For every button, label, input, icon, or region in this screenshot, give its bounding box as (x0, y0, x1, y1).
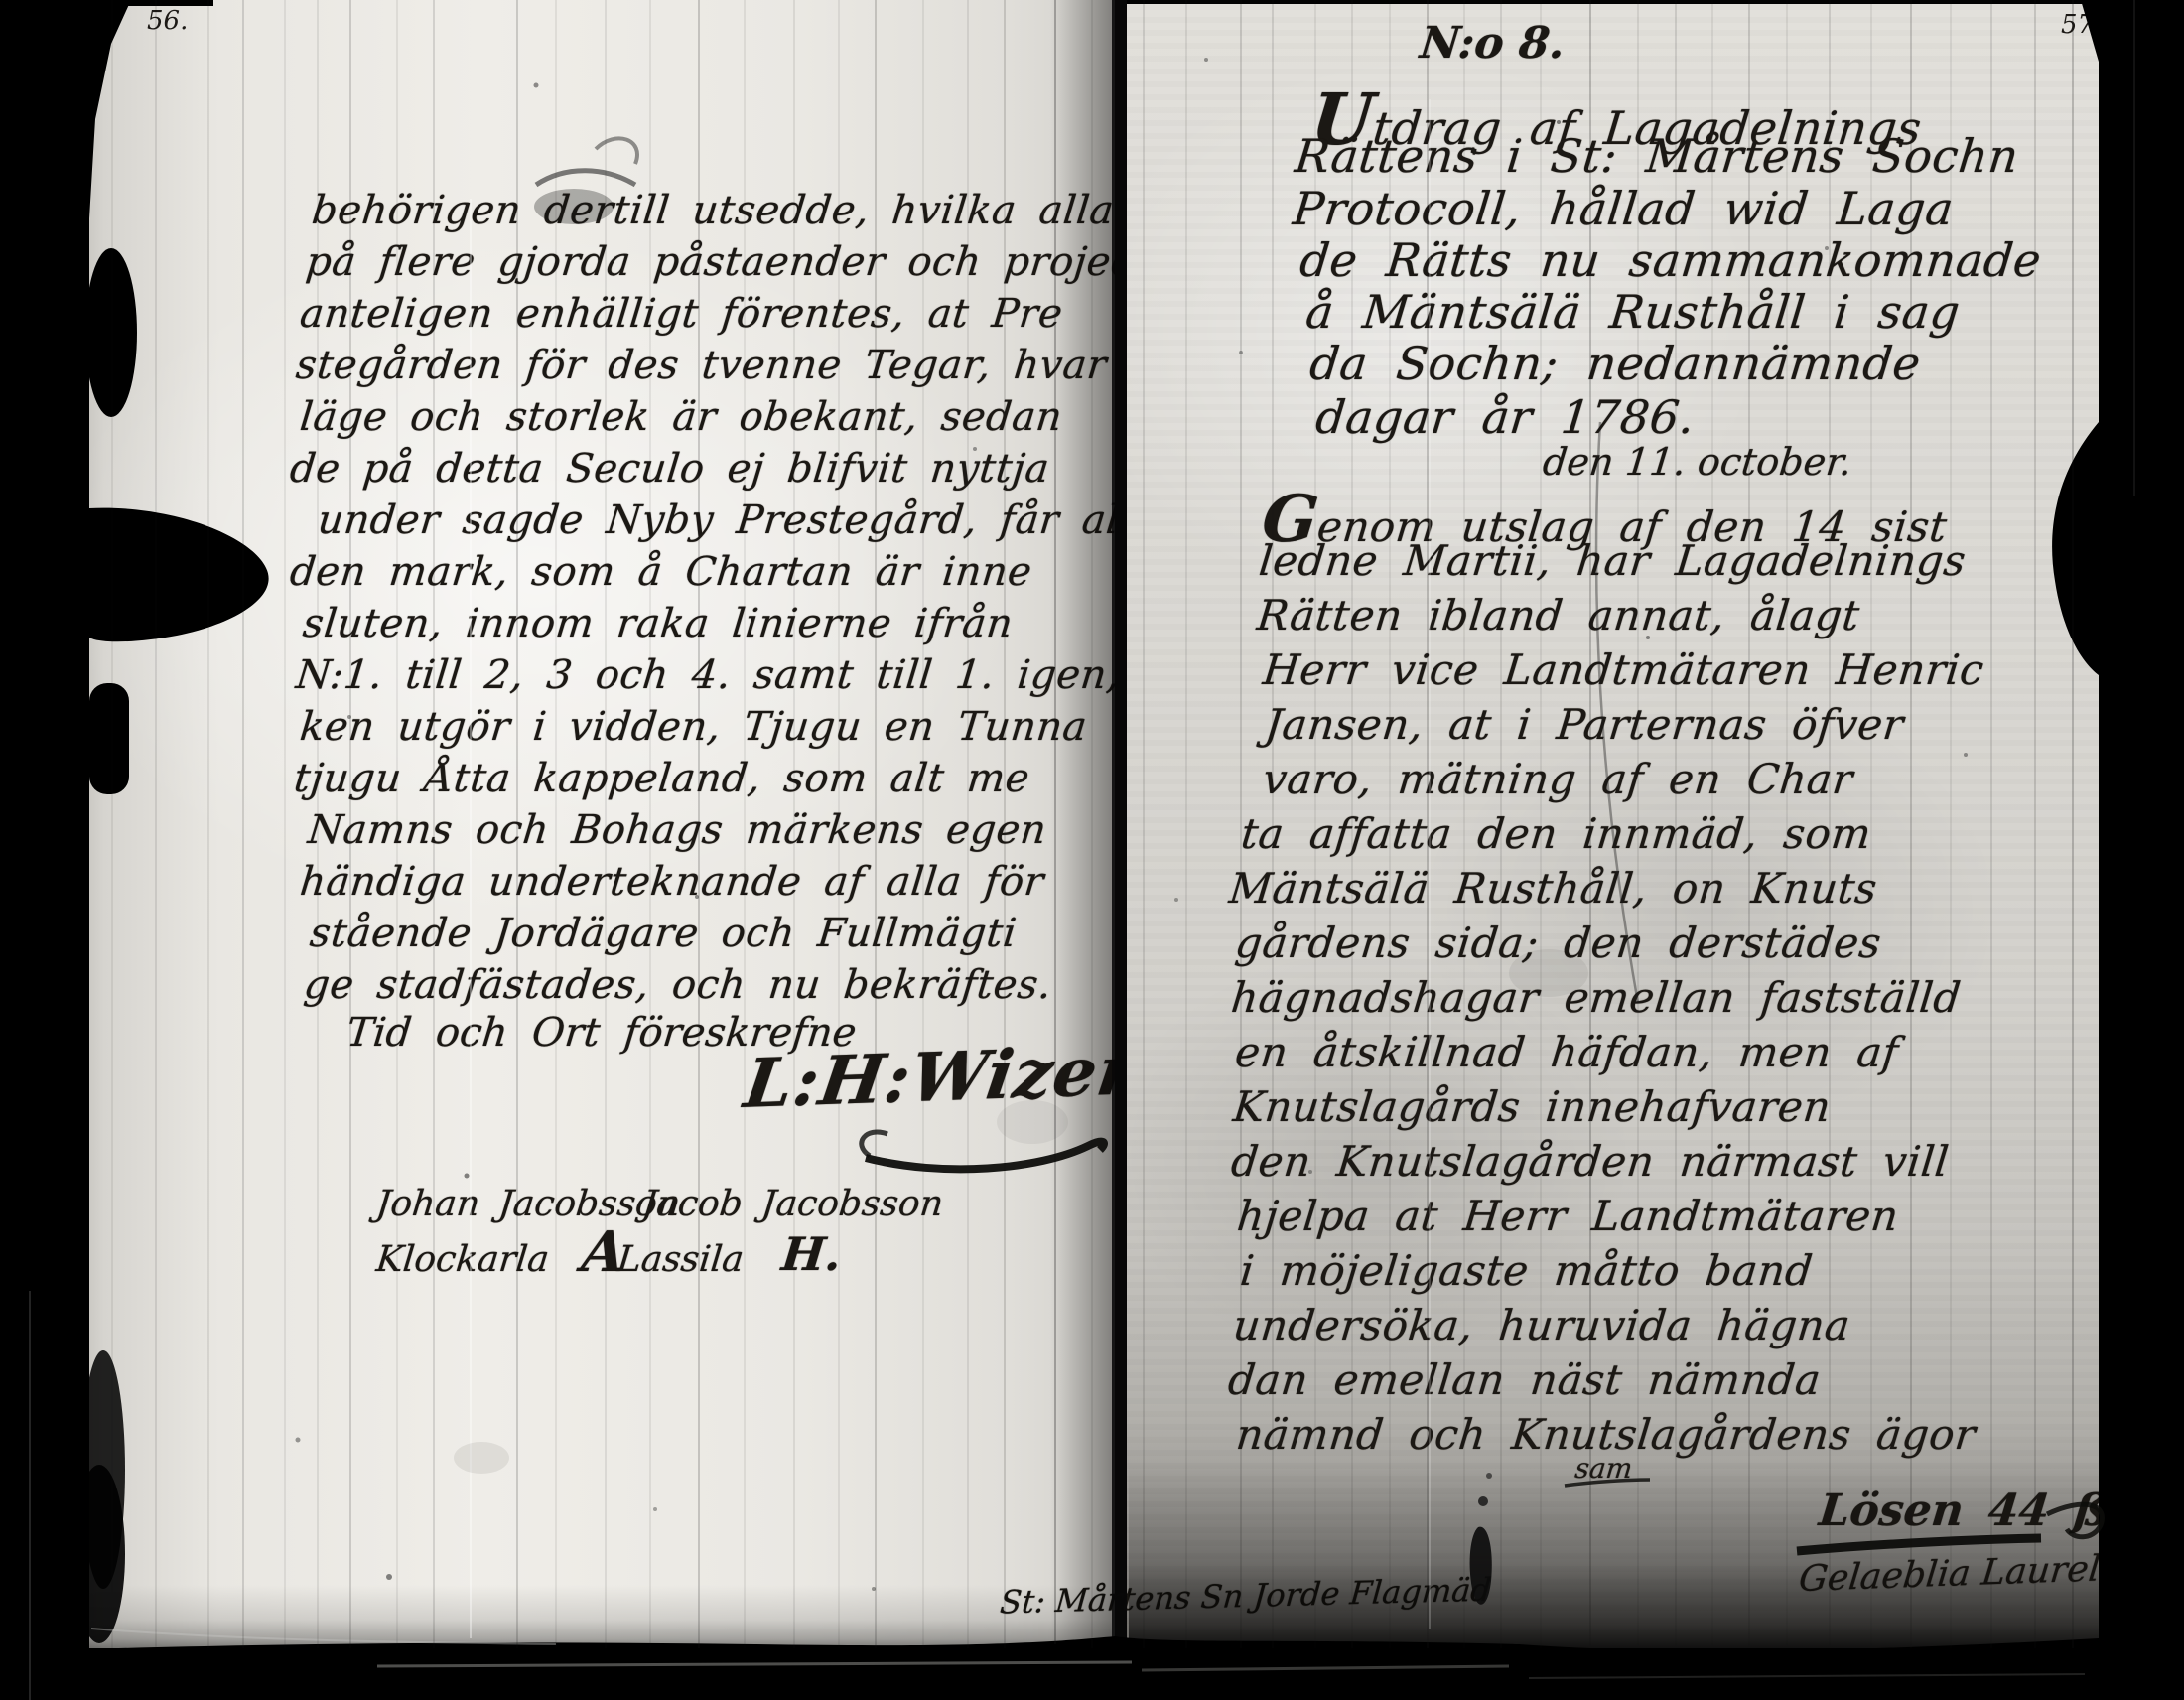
manuscript-line: stegården för des tvenne Tegar, hvar (294, 343, 1109, 388)
manuscript-line: under sagde Nyby Prestegård, får all (316, 497, 1115, 543)
manuscript-line: i möjeligaste måtto band (1238, 1246, 1815, 1295)
manuscript-line: sluten, innom raka linierne ifrån (301, 601, 1016, 646)
manuscript-line: varo, mätning af en Char (1261, 755, 1855, 803)
manuscript-line: Rättens i St: Mårtens Sochn (1293, 129, 2021, 183)
date-subheading: den 11. october. (1541, 440, 1854, 484)
witness-name: Jacob Jacobsson (640, 1184, 945, 1224)
manuscript-line: anteligen enhälligt förentes, at Pre (298, 291, 1065, 337)
manuscript-line: å Mäntsälä Rusthåll i sag (1303, 285, 1963, 339)
manuscript-line: Rätten ibland annat, ålagt (1255, 591, 1862, 639)
manuscript-line: ta affatta den innmäd, som (1239, 809, 1874, 858)
manuscript-line: Protocoll, hållad wid Laga (1291, 182, 1957, 235)
manuscript-line: den Knutslagården närmast vill (1229, 1137, 1952, 1186)
manuscript-line: de på detta Seculo ej blifvit nyttja (288, 446, 1052, 492)
manuscript-line: ledne Martii, har Lagadelnings (1257, 536, 1969, 585)
left-page-text-layer: 56. behörigen dertill utsedde, hvilka al… (0, 0, 1115, 1700)
manuscript-line: dagar år 1786. (1313, 390, 1698, 444)
manuscript-line: Herr vice Landtmätaren Henric (1261, 645, 1986, 694)
manuscript-line: en åtskillnad häfdan, men af (1233, 1028, 1901, 1076)
manuscript-line: händiga underteknande af alla för (298, 859, 1046, 905)
page-number-right: 57. (2061, 10, 2099, 40)
manuscript-line: den mark, som å Chartan är inne (288, 549, 1034, 595)
manuscript-line: Namns och Bohags märkens egen (306, 807, 1049, 853)
manuscript-line: tjugu Åtta kappeland, som alt me (292, 756, 1031, 801)
page-number-left: 56. (147, 6, 188, 36)
manuscript-line: de Rätts nu sammankomnade (1297, 233, 2044, 287)
manuscript-line: behörigen dertill utsedde, hvilka alla (310, 188, 1115, 233)
manuscript-line: gårdens sida; den derstädes (1233, 919, 1883, 967)
manuscript-line: hjelpa at Herr Landtmätaren (1235, 1192, 1901, 1240)
manuscript-line: dan emellan näst nämnda (1226, 1355, 1824, 1404)
fee-note: Lösen 44 ß (1817, 1486, 2099, 1536)
manuscript-line: Jansen, at i Parternas öfver (1263, 700, 1906, 749)
right-page-text-layer: 57. N:o 8. Utdrag af Lagadelnings Rätten… (1129, 0, 2099, 1700)
manuscript-line: Mäntsälä Rusthåll, on Knuts (1227, 864, 1879, 913)
catchword: sam (1573, 1452, 1634, 1485)
witness-mark: H. (779, 1227, 844, 1281)
manuscript-line: Knutslagårds innehafvaren (1231, 1082, 1834, 1131)
manuscript-line: stående Jordägare och Fullmägti (308, 911, 1019, 956)
manuscript-line: ge stadfästades, och nu bekräftes. (302, 962, 1054, 1008)
manuscript-line: hägnadshagar emellan fastställd (1229, 973, 1964, 1022)
manuscript-line: da Sochn; nedannämnde (1307, 337, 1923, 390)
manuscript-line: ken utgör i vidden, Tjugu en Tunna (298, 704, 1089, 750)
countersignature: Gelaeblia Laurell (1797, 1548, 2099, 1600)
manuscript-line: undersöka, huruvida hägna (1231, 1301, 1852, 1349)
witness-place: Lassila (615, 1239, 746, 1280)
manuscript-line: N:1. till 2, 3 och 4. samt till 1. igen,… (294, 652, 1115, 698)
microfilm-scan: 56. behörigen dertill utsedde, hvilka al… (0, 0, 2184, 1700)
witness-place: Klockarla (374, 1239, 551, 1280)
witness-name: Johan Jacobsson (374, 1184, 682, 1224)
manuscript-line: läge och storlek är obekant, sedan (298, 394, 1064, 440)
document-number-heading: N:o 8. (1418, 18, 1568, 69)
manuscript-line: på flere gjorda påstaender och projec (304, 239, 1115, 285)
